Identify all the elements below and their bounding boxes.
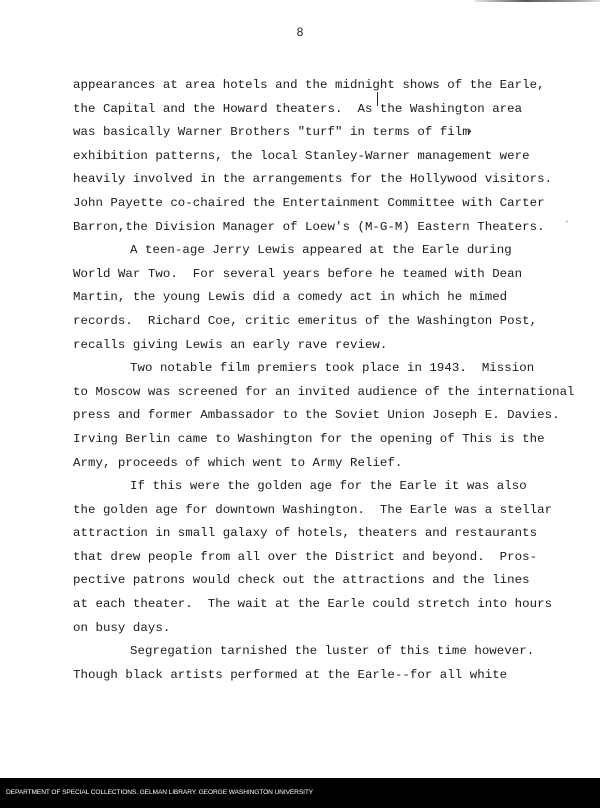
text-line: attraction in small galaxy of hotels, th… xyxy=(73,522,593,546)
text-line: appearances at area hotels and the midni… xyxy=(73,74,593,98)
text-line: Barron,the Division Manager of Loew's (M… xyxy=(73,216,593,240)
margin-mark-icon: ♦ xyxy=(467,126,472,136)
text-line: the Capital and the Howard theaters. As … xyxy=(73,98,593,122)
archive-footer-bar: DEPARTMENT OF SPECIAL COLLECTIONS. GELMA… xyxy=(0,778,600,808)
text-line: pective patrons would check out the attr… xyxy=(73,569,593,593)
text-line: Army, proceeds of which went to Army Rel… xyxy=(73,452,593,476)
text-line: was basically Warner Brothers "turf" in … xyxy=(73,121,593,145)
text-line: John Payette co-chaired the Entertainmen… xyxy=(73,192,593,216)
scan-edge-shadow xyxy=(475,0,600,2)
text-line: to Moscow was screened for an invited au… xyxy=(73,381,593,405)
text-line: exhibition patterns, the local Stanley-W… xyxy=(73,145,593,169)
paragraph-start-line: Segregation tarnished the luster of this… xyxy=(73,640,593,664)
paragraph-start-line: If this were the golden age for the Earl… xyxy=(73,475,593,499)
paragraph-start-line: A teen-age Jerry Lewis appeared at the E… xyxy=(73,239,593,263)
text-line: records. Richard Coe, critic emeritus of… xyxy=(73,310,593,334)
text-line: the golden age for downtown Washington. … xyxy=(73,499,593,523)
text-line: World War Two. For several years before … xyxy=(73,263,593,287)
insertion-caret-mark xyxy=(377,92,378,106)
text-line: Martin, the young Lewis did a comedy act… xyxy=(73,286,593,310)
text-line: that drew people from all over the Distr… xyxy=(73,546,593,570)
text-line: Irving Berlin came to Washington for the… xyxy=(73,428,593,452)
archive-credit: DEPARTMENT OF SPECIAL COLLECTIONS. GELMA… xyxy=(6,789,313,796)
paragraph-start-line: Two notable film premiers took place in … xyxy=(73,357,593,381)
typescript-body: appearances at area hotels and the midni… xyxy=(73,74,593,687)
page-number: 8 xyxy=(0,25,600,39)
text-line: on busy days. xyxy=(73,617,593,641)
margin-tick-icon: ‘ xyxy=(566,219,568,229)
text-line: Though black artists performed at the Ea… xyxy=(73,664,593,688)
text-line: at each theater. The wait at the Earle c… xyxy=(73,593,593,617)
text-line: press and former Ambassador to the Sovie… xyxy=(73,404,593,428)
text-line: heavily involved in the arrangements for… xyxy=(73,168,593,192)
text-line: recalls giving Lewis an early rave revie… xyxy=(73,334,593,358)
